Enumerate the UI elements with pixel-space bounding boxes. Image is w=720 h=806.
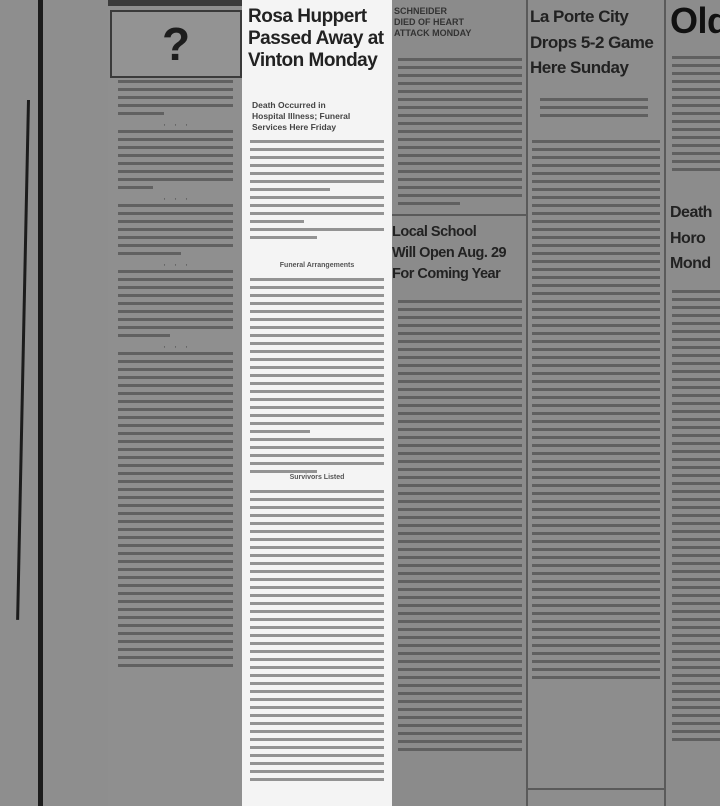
far-right-top-headline: Old: [670, 0, 720, 41]
left-column: ··· ··· ··· ···: [108, 0, 242, 806]
mid-headline: Local School Will Open Aug. 29 For Comin…: [392, 222, 526, 285]
far-right-column: Old Death Horo Mond: [666, 0, 720, 806]
column-rule: [526, 0, 528, 806]
question-mark-icon: ?: [162, 17, 190, 71]
margin-line-slanted: [16, 100, 30, 620]
far-right-mid-text: [672, 290, 720, 746]
article-subhead: Death Occurred in Hospital Illness; Fune…: [252, 100, 378, 133]
article-body-2: [250, 278, 384, 478]
right-column: La Porte City Drops 5-2 Game Here Sunday: [526, 0, 666, 806]
article-body: [250, 140, 384, 244]
newspaper-page: ··· ··· ··· ··· ? Rosa Huppert Passed Aw…: [0, 0, 720, 806]
top-rule: [108, 0, 242, 6]
margin-line: [38, 0, 43, 806]
far-right-mid-headline: Death Horo Mond: [670, 200, 712, 277]
far-right-top-text: [672, 56, 720, 176]
section-divider: [392, 214, 526, 216]
column-rule: [664, 0, 666, 806]
middle-column: SCHNEIDER DIED OF HEART ATTACK MONDAY Lo…: [392, 0, 526, 806]
mid-top-text: [398, 58, 522, 210]
bottom-divider: [526, 788, 666, 790]
left-column-text: ··· ··· ··· ···: [118, 80, 233, 672]
mid-text: [398, 300, 522, 756]
question-mark-box: ?: [110, 10, 242, 78]
highlighted-article[interactable]: Rosa Huppert Passed Away at Vinton Monda…: [242, 0, 392, 806]
mid-top-headline: SCHNEIDER DIED OF HEART ATTACK MONDAY: [394, 6, 522, 39]
article-headline: Rosa Huppert Passed Away at Vinton Monda…: [248, 6, 390, 72]
right-headline: La Porte City Drops 5-2 Game Here Sunday: [530, 4, 666, 81]
right-text: [532, 140, 660, 684]
article-body-3: [250, 490, 384, 786]
right-subhead-text: [540, 98, 648, 122]
section-head-survivors: Survivors Listed: [262, 474, 372, 481]
section-head-funeral: Funeral Arrangements: [262, 262, 372, 269]
